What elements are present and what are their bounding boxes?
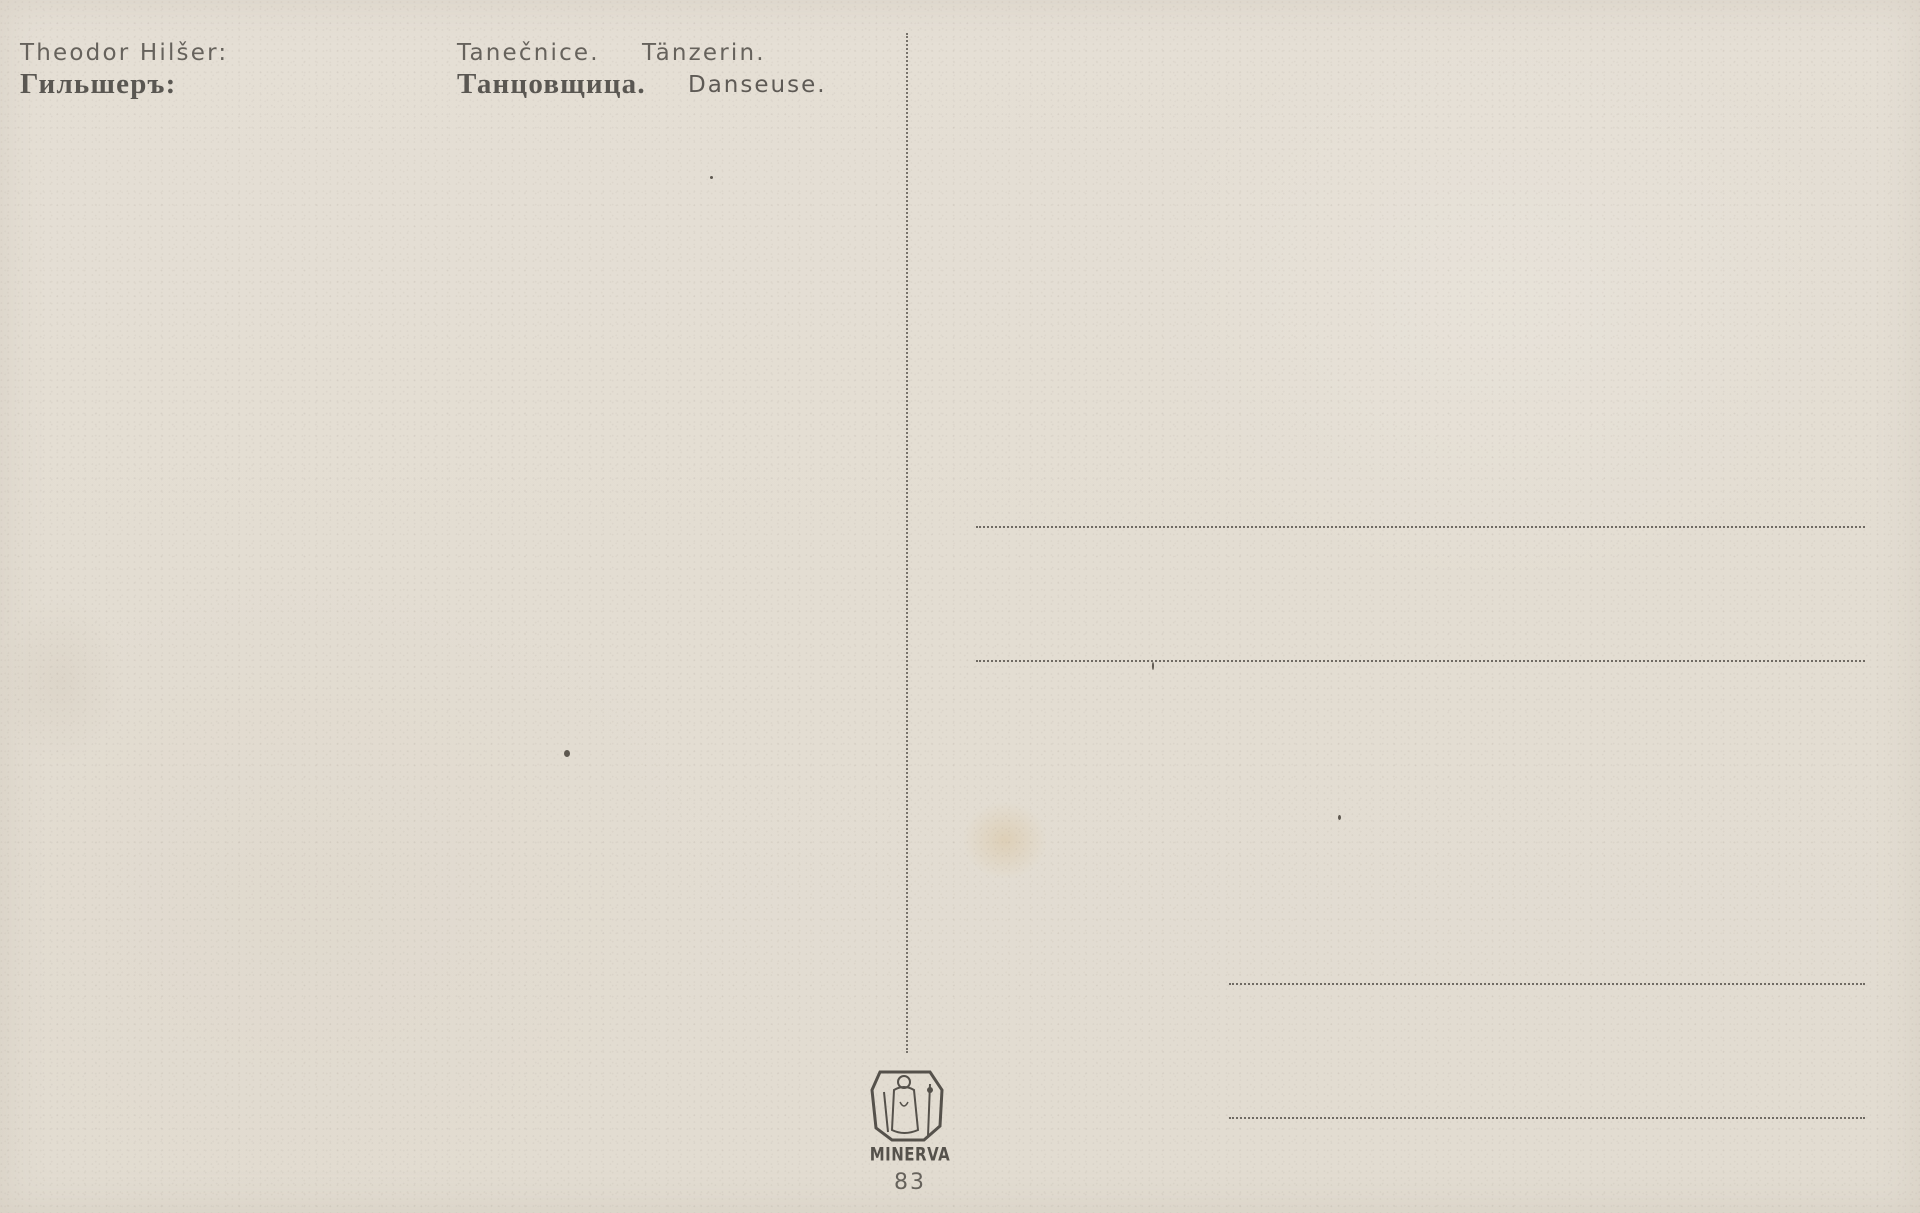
paper-speck — [564, 750, 570, 757]
paper-speck — [1338, 815, 1341, 820]
title-german: Tänzerin. — [642, 40, 766, 66]
paper-texture — [0, 0, 1920, 1213]
address-line-3 — [1229, 983, 1865, 985]
title-czech: Tanečnice. — [457, 40, 600, 66]
publisher-name: MINERVA — [868, 1143, 952, 1166]
minerva-owl-icon — [870, 1070, 950, 1144]
center-divider-line — [906, 33, 908, 1053]
paper-speck — [1152, 662, 1154, 670]
paper-speck — [710, 176, 713, 179]
address-line-4 — [1229, 1117, 1865, 1119]
address-line-1 — [976, 526, 1865, 528]
series-number: 83 — [870, 1170, 950, 1195]
postcard-back: Theodor Hilšer: Гильшеръ: Tanečnice. Tän… — [0, 0, 1920, 1213]
address-line-2 — [976, 660, 1865, 662]
artist-name-cyrillic: Гильшеръ: — [20, 68, 177, 101]
title-french: Danseuse. — [688, 72, 827, 98]
artist-name-latin: Theodor Hilšer: — [20, 40, 228, 66]
title-russian: Танцовщица. — [457, 68, 646, 101]
